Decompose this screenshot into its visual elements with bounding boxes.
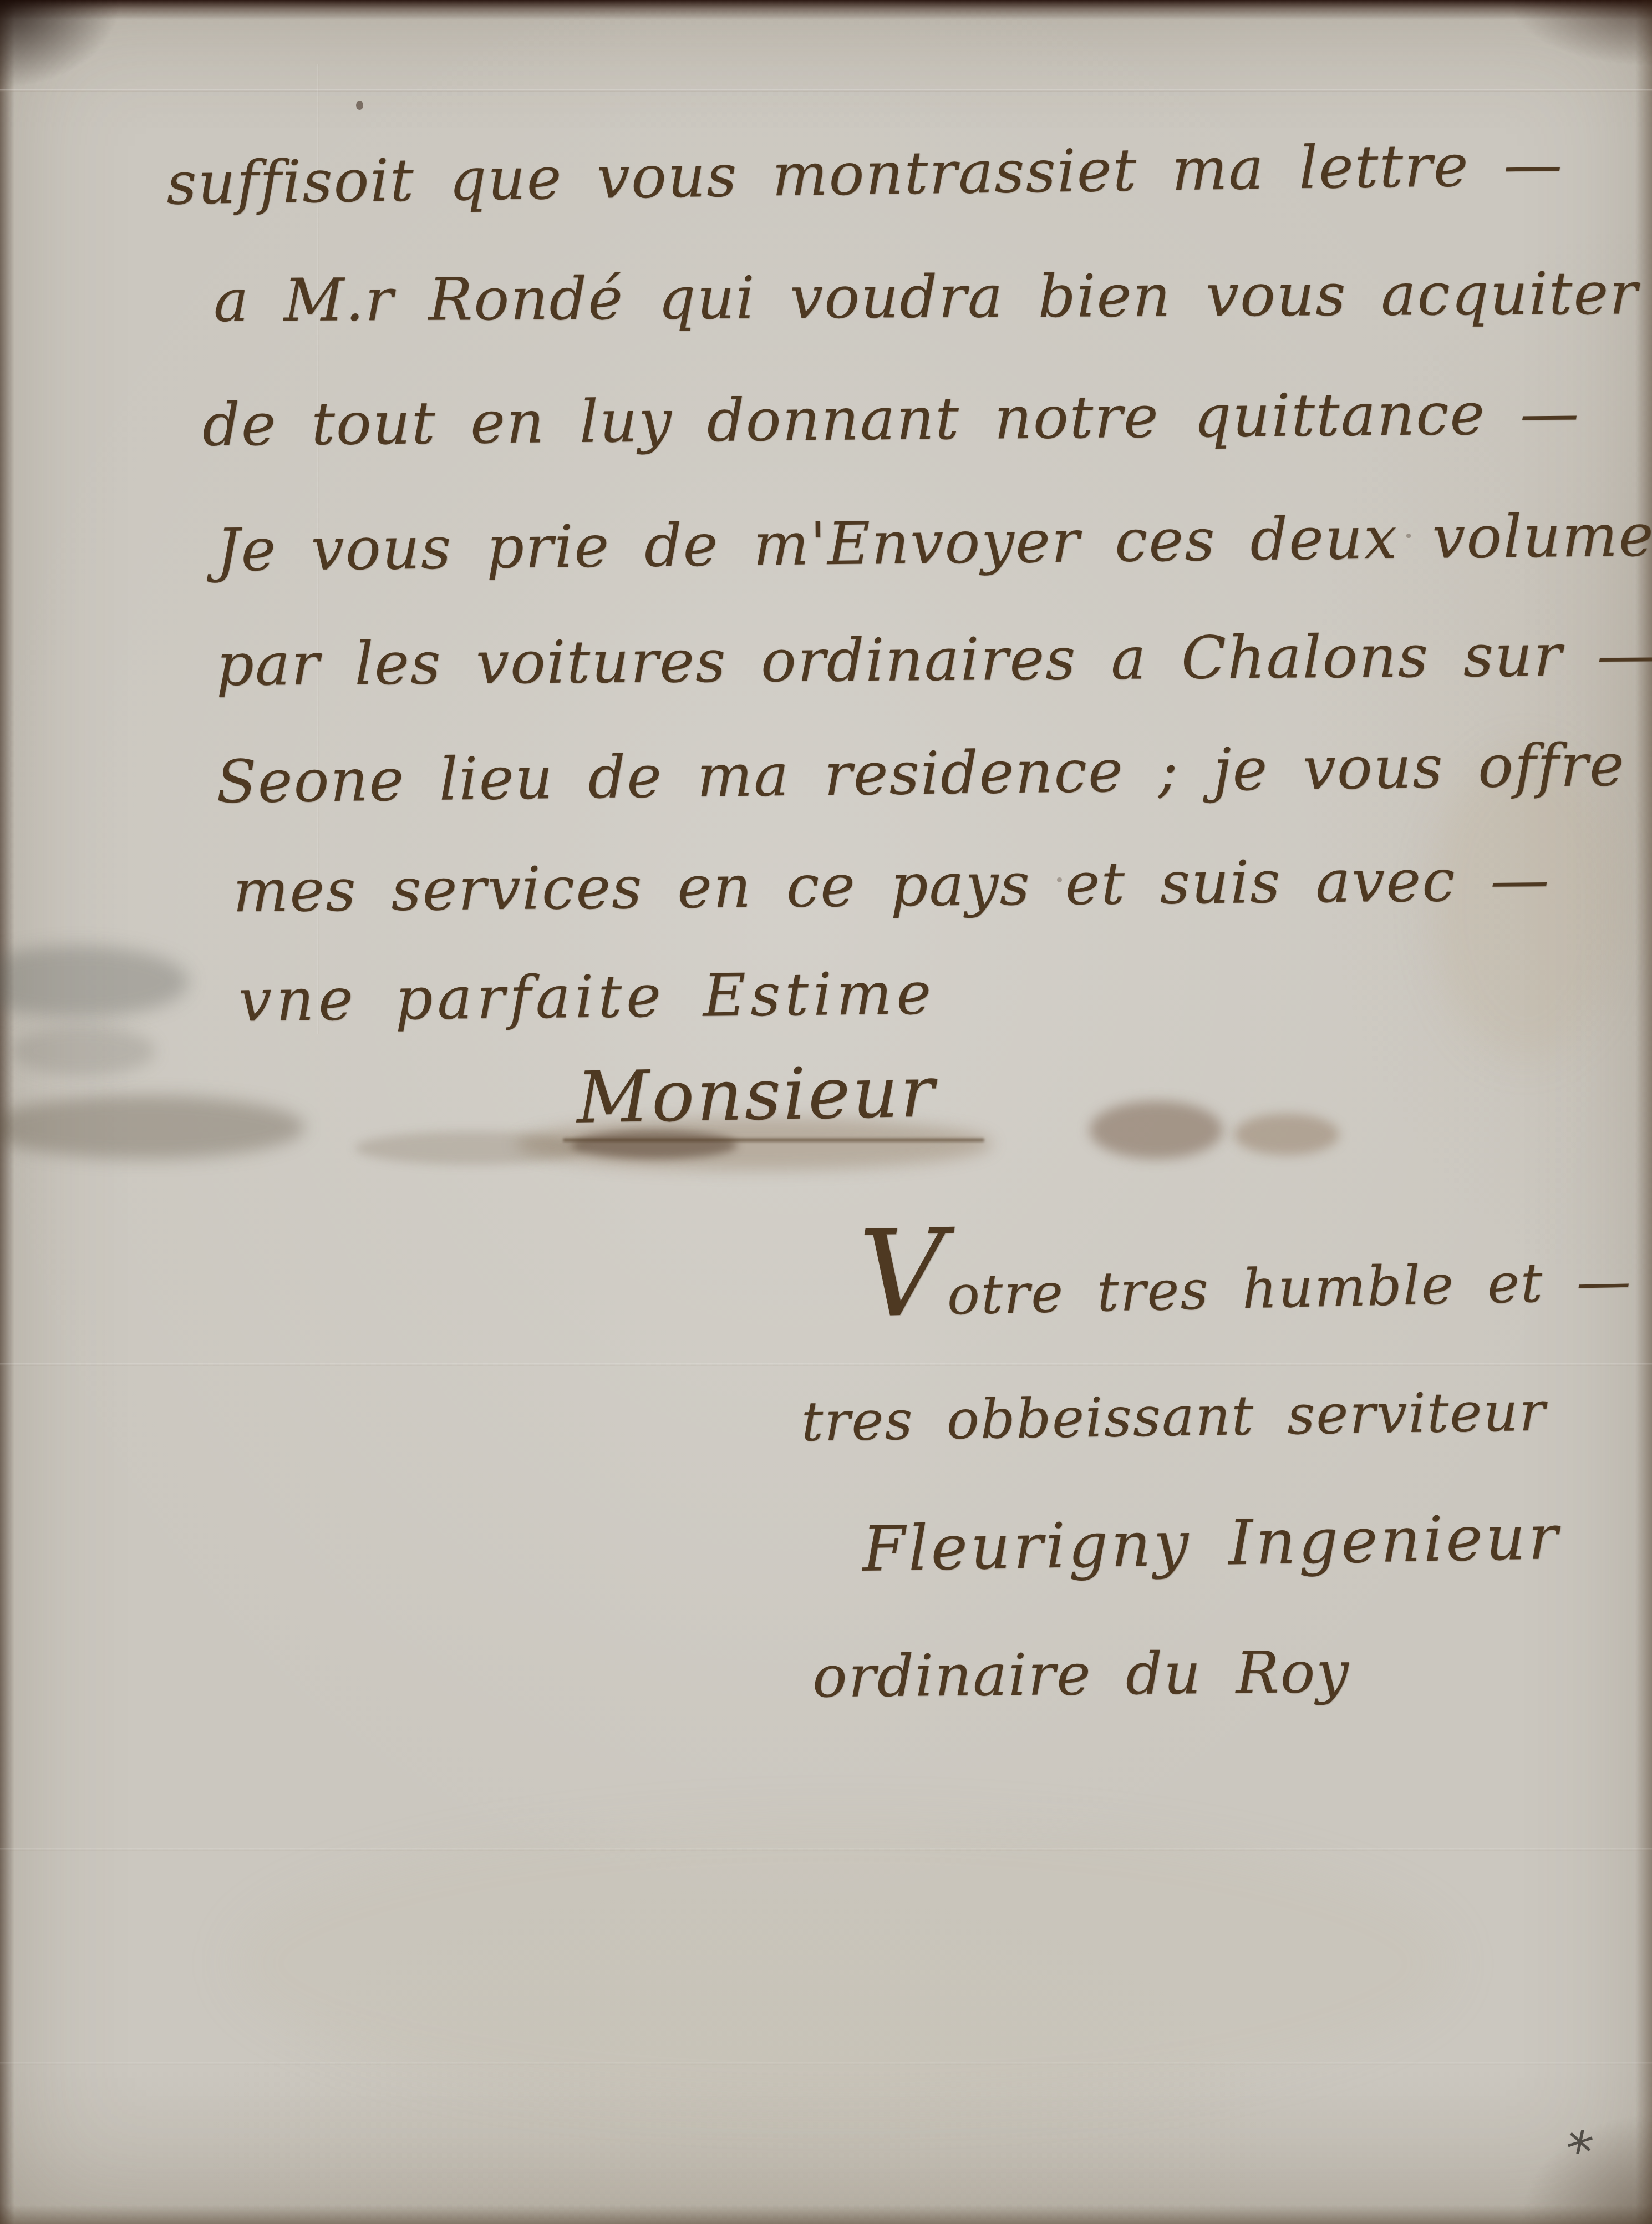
letter-line-3: de tout en luy donnant notre quittance — [202,379,1580,459]
ink-smudge [1234,1114,1339,1155]
letter-line-2: a M.r Rondé qui voudra bien vous acquite… [214,259,1639,334]
corner-shadow-top-left [0,0,122,89]
closing-line-1: Votre tres humble et — [859,1250,1633,1329]
closing-line-2: tres obbeissant serviteur [801,1380,1547,1454]
letter-line-7: mes services en ce pays et suis avec — [233,846,1551,926]
ink-speck [356,101,363,110]
page-edge-shadow-top [0,0,1652,20]
letter-line-4: Je vous prie de m'Envoyer ces deux volum… [216,500,1652,585]
letter-line-8: vne parfaite Estime [238,959,936,1034]
ink-smudge [355,1131,588,1165]
ink-smudge [0,1095,305,1159]
letter-page: suffisoit que vous montrassiet ma lettre… [0,0,1652,2224]
page-edge-shadow-bottom [0,2205,1652,2224]
letter-line-5: par les voitures ordinaires a Chalons su… [216,621,1652,699]
ink-smudge [0,946,189,1018]
page-edge-shadow-right [1635,0,1652,2224]
signature-name-line: Fleurigny Ingenieur [862,1501,1561,1586]
letter-line-1: suffisoit que vous montrassiet ma lettre… [166,130,1564,217]
salutation: Monsieur [576,1050,937,1139]
ink-smudge [1090,1101,1223,1159]
paper-crease [0,89,1652,92]
paper-stain [233,1819,1453,2108]
letter-line-6: Seone lieu de ma residence ; je vous off… [216,729,1652,816]
corner-shadow-top-right [1508,0,1652,67]
paper-crease [0,1363,1652,1366]
ink-smudge [11,1026,155,1076]
signature-title-line: ordinaire du Roy [812,1638,1350,1710]
